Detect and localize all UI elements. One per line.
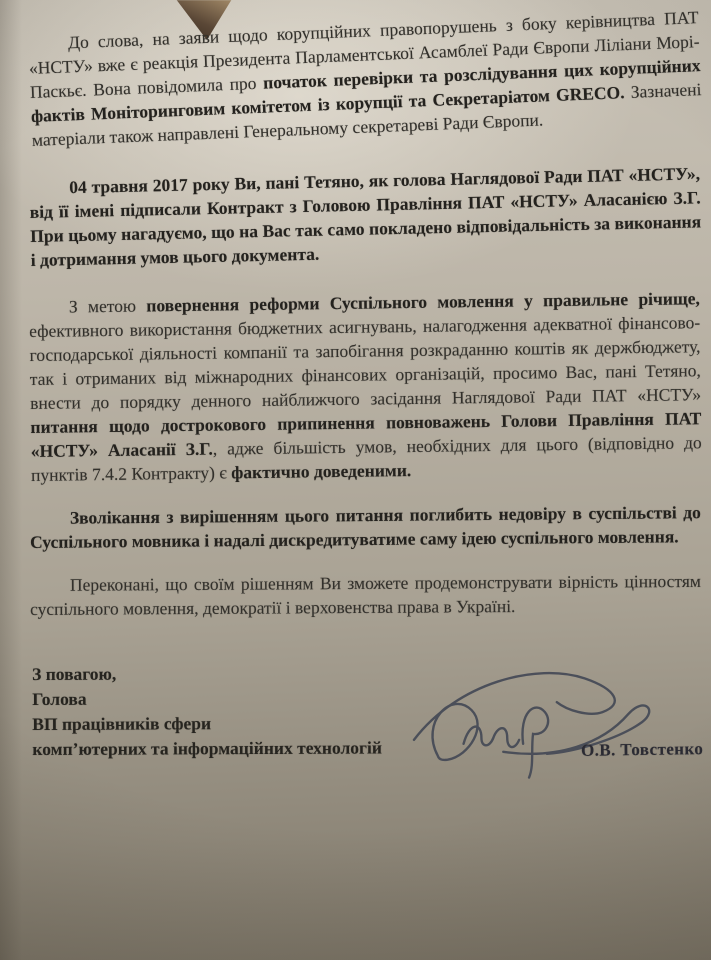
closing-line: З повагою,: [32, 660, 462, 687]
bold-text: 04 травня 2017 року Ви, пані Тетяно, як …: [30, 163, 702, 270]
bold-text: Зволікання з вирішенням цього питання по…: [30, 502, 701, 552]
paragraph: Переконані, що своїм рішенням Ви зможете…: [30, 569, 701, 621]
document-body: До слова, на заяви щодо корупційних прав…: [30, 18, 701, 640]
closing-line: комп’ютерних та інформаційних технологій: [32, 735, 462, 762]
paragraph: 04 травня 2017 року Ви, пані Тетяно, як …: [29, 161, 702, 272]
body-text: ефективного використання бюджетних асигн…: [29, 312, 701, 413]
bold-text: повернення реформи Суспільного мовлення …: [146, 288, 700, 315]
paragraph: До слова, на заяви щодо корупційних прав…: [28, 5, 703, 152]
paragraph: З метою повернення реформи Суспільного м…: [29, 286, 702, 487]
signature-icon: [408, 652, 666, 792]
signer-name: О.В. Товстенко: [581, 739, 704, 761]
closing-line: ВП працівників сфери: [32, 710, 462, 737]
bold-text: фактично доведеними.: [231, 460, 411, 482]
paragraph: Зволікання з вирішенням цього питання по…: [30, 500, 701, 554]
body-text: З метою: [69, 295, 147, 316]
body-text: Переконані, що своїм рішенням Ви зможете…: [30, 571, 701, 619]
closing-line: Голова: [32, 685, 462, 712]
closing-block: З повагою,ГоловаВП працівників сферикомп…: [32, 660, 462, 762]
